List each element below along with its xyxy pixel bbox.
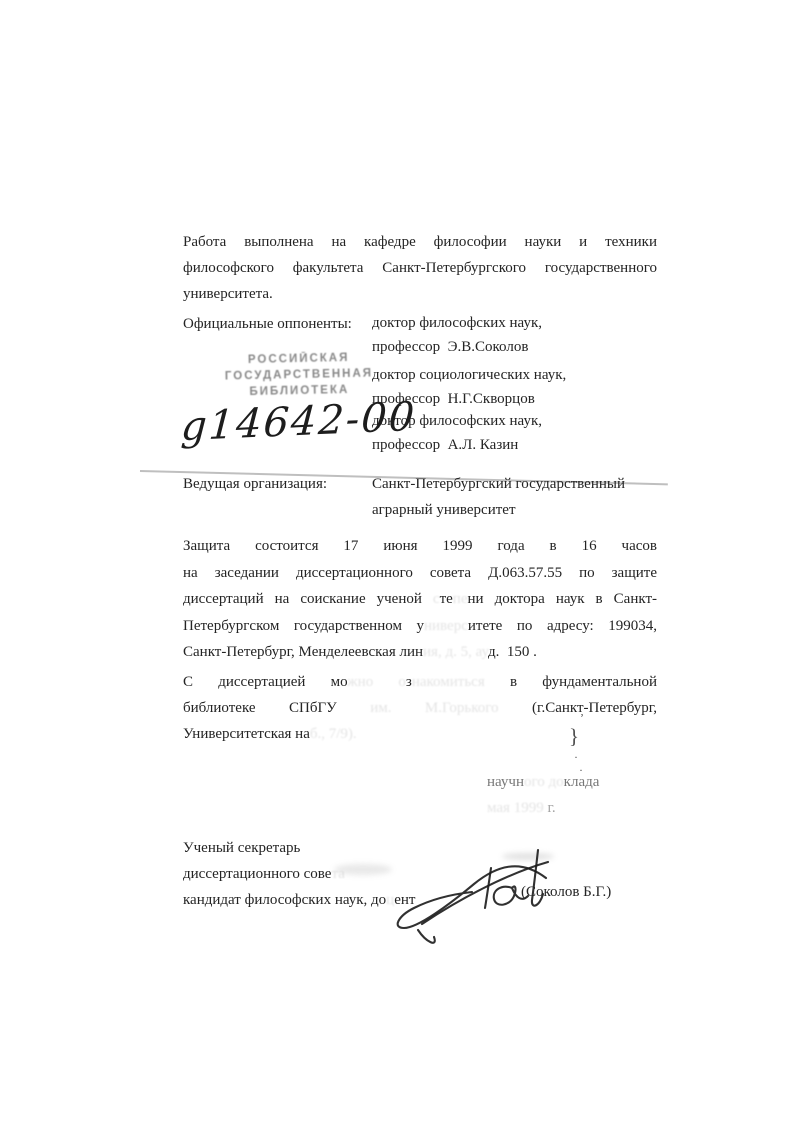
text-line: философского факультета Санкт-Петербургс…	[183, 255, 657, 281]
text-segment: Санкт-Петербург, Менделеевская лин	[183, 644, 423, 660]
text-segment: ого до	[524, 774, 564, 790]
text-line: Петербургском государственном университе…	[183, 613, 657, 640]
text-segment: мая 1999	[487, 800, 547, 816]
text-segment: ия, д. 5, ау	[423, 644, 488, 660]
brace-artifact: }	[569, 724, 579, 749]
text-line: доктор философских наук,	[372, 409, 672, 433]
text-segment: Работа выполнена на кафедре философии на…	[183, 234, 657, 250]
text-segment: университета.	[183, 286, 273, 302]
text-line: Работа выполнена на кафедре философии на…	[183, 229, 657, 255]
text-segment: (г.Санкт-Петербург,	[499, 700, 657, 716]
text-segment: аграрный университет	[372, 502, 516, 518]
text-segment: те	[440, 591, 453, 607]
ink-speck: ·	[574, 750, 578, 765]
text-segment: на заседании диссертационного совета Д.0…	[183, 565, 657, 581]
text-segment: пе	[453, 591, 468, 607]
text-segment: д. 150 .	[488, 644, 537, 660]
text-line: мая 1999 г.	[487, 795, 599, 821]
ink-smudge	[334, 864, 392, 875]
text-line: аграрный университет	[372, 497, 672, 523]
text-segment: Петербургском государственном у	[183, 618, 424, 634]
opponent-entry: доктор философских наук,профессор Э.В.Со…	[372, 311, 672, 359]
text-segment: накомиться	[412, 674, 485, 690]
text-segment: в фундаментальной	[485, 674, 657, 690]
library-stamp: РОССИЙСКАЯ ГОСУДАРСТВЕННАЯ БИБЛИОТЕКА	[204, 349, 395, 401]
text-line: Университетская наб., 7/9).	[183, 721, 657, 747]
signature-name: (Соколов Б.Г.)	[521, 884, 611, 901]
text-line: доктор социологических наук,	[372, 363, 672, 387]
text-segment: библиотеке СПбГУ	[183, 700, 370, 716]
text-line: доктор философских наук,	[372, 311, 672, 335]
text-segment: диссертаций на соискание ученой	[183, 591, 433, 607]
text-segment: г.	[547, 800, 555, 816]
affiliation-paragraph: Работа выполнена на кафедре философии на…	[183, 229, 657, 307]
opponent-entry: доктор философских наук,профессор А.Л. К…	[372, 409, 672, 457]
text-segment: доктор социологических наук,	[372, 367, 566, 383]
text-line: Санкт-Петербург, Менделеевская линия, д.…	[183, 639, 657, 666]
opponent-entry: доктор социологических наук,профессор Н.…	[372, 363, 672, 411]
text-segment: ниверс	[424, 618, 468, 634]
text-segment: итете по адресу: 199034,	[468, 618, 657, 634]
text-segment: философского факультета Санкт-Петербургс…	[183, 260, 657, 276]
text-segment: научн	[487, 774, 524, 790]
text-segment: Ученый секретарь	[183, 840, 300, 856]
text-segment: профессор Э.В.Соколов	[372, 339, 528, 355]
access-paragraph: С диссертацией можно ознакомиться в фунд…	[183, 669, 657, 747]
text-line: Санкт-Петербургский государственный	[372, 471, 672, 497]
text-segment: клада	[564, 774, 600, 790]
text-line: на заседании диссертационного совета Д.0…	[183, 560, 657, 587]
text-segment: им. М.Горького	[370, 700, 498, 716]
text-segment: кандидат философских наук, до	[183, 892, 386, 908]
ink-speck: ʼ	[580, 711, 584, 726]
text-line: библиотеке СПбГУ им. М.Горького (г.Санкт…	[183, 695, 657, 721]
text-segment: Санкт-Петербургский государственный	[372, 476, 625, 492]
leading-org-value: Санкт-Петербургский государственныйаграр…	[372, 471, 672, 523]
report-fragment-line: научного докладамая 1999 г.	[487, 769, 599, 821]
text-line: научного доклада	[487, 769, 599, 795]
text-segment: диссертационного сове	[183, 866, 331, 882]
text-segment: жно о	[347, 674, 406, 690]
text-segment: доктор философских наук,	[372, 315, 542, 331]
text-segment: Защита состоится 17 июня 1999 года в 16 …	[183, 538, 657, 554]
leading-org-label: Ведущая организация:	[183, 471, 327, 497]
text-line: профессор Э.В.Соколов	[372, 335, 672, 359]
opponents-label: Официальные оппоненты:	[183, 311, 352, 337]
text-line: университета.	[183, 281, 657, 307]
text-line: С диссертацией можно ознакомиться в фунд…	[183, 669, 657, 695]
text-line: профессор А.Л. Казин	[372, 433, 672, 457]
opponents-column: доктор философских наук,профессор Э.В.Со…	[372, 311, 672, 461]
scanned-document-page: Работа выполнена на кафедре философии на…	[0, 0, 793, 1122]
text-segment: Университетская на	[183, 726, 310, 742]
text-segment: с	[433, 591, 440, 607]
defense-paragraph: Защита состоится 17 июня 1999 года в 16 …	[183, 533, 657, 666]
text-segment: з	[406, 674, 412, 690]
text-segment: С диссертацией мо	[183, 674, 347, 690]
text-segment: б., 7/9).	[310, 726, 357, 742]
text-line: диссертаций на соискание ученой степени …	[183, 586, 657, 613]
text-line: Защита состоится 17 июня 1999 года в 16 …	[183, 533, 657, 560]
text-segment: ни доктора наук в Санкт-	[467, 591, 657, 607]
